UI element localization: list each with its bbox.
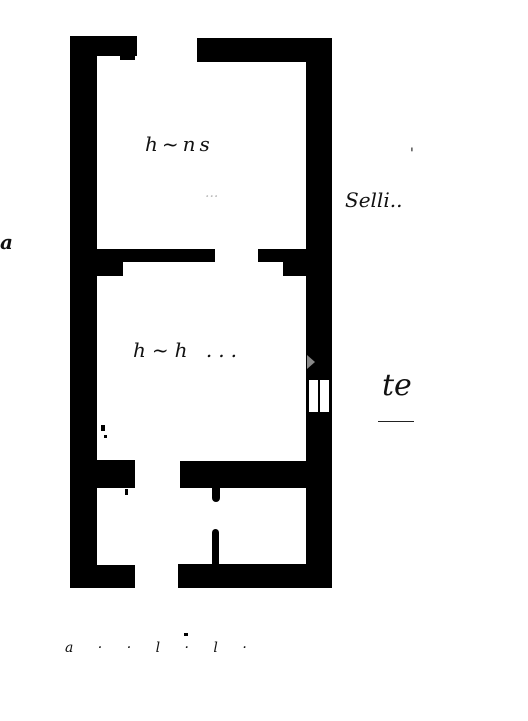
partition-upper-left [70,249,215,262]
ink-speck [104,435,107,438]
window-right-a [308,379,319,413]
top-wall-left-jamb [120,50,135,60]
partition-upper-left-jamb [97,258,123,276]
margin-note-underline [378,421,414,422]
margin-note-left: a [0,230,13,254]
inner-stub-bottom [212,529,219,569]
room-label-middle: h~h ... [133,338,243,362]
margin-note-right-upper: Selli.. [345,188,402,212]
outer-wall-left [70,36,97,588]
margin-note-right-tick: ' [410,146,414,162]
ink-speck [184,633,188,636]
margin-note-bottom: a · · l · l · [65,640,257,656]
outer-wall-right [306,38,332,588]
margin-note-right-middle: te [382,368,412,403]
partition-lower-left [70,460,135,488]
partition-lower-right [180,461,332,488]
window-right-b [319,379,330,413]
ink-speck [125,489,128,495]
room-label-upper: h~ns [145,132,214,156]
partition-upper-right-jamb [283,258,308,276]
bottom-wall-left [70,565,135,588]
ink-speck [101,425,105,431]
floor-plan: h~ns ... h~h ... Selli.. ' a te a · · l … [0,0,528,721]
room-sublabel-upper: ... [205,185,218,201]
inner-stub-top [212,486,220,502]
arrow-marker-icon [307,355,315,369]
bottom-wall-right [178,564,332,588]
top-wall-right [197,38,332,62]
